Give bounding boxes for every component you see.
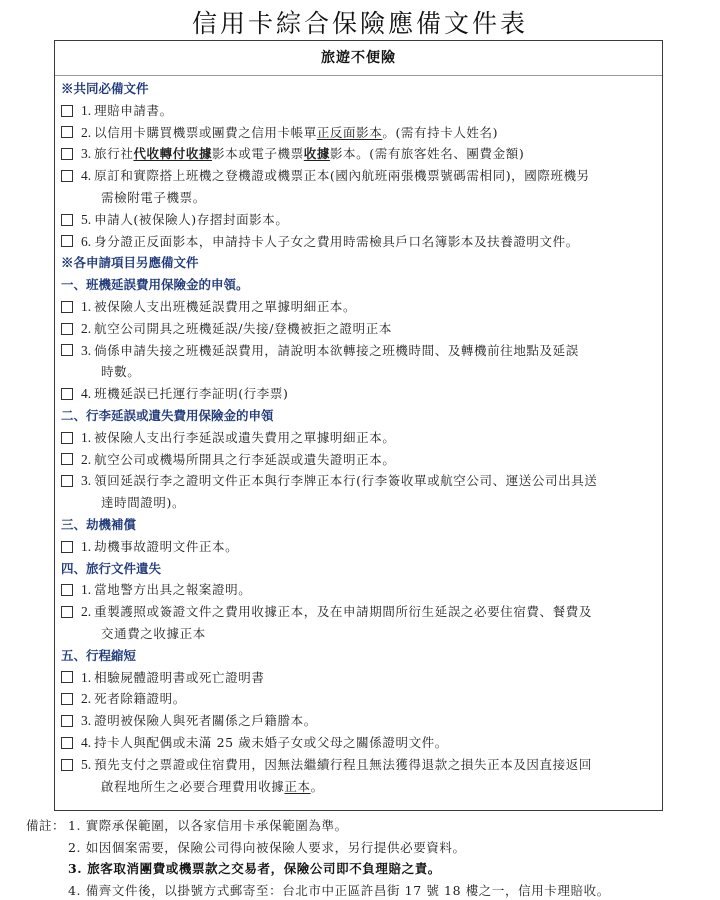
checklist-item: 3. 旅行社代收轉付收據影本或電子機票收據影本。(需有旅客姓名、團費金額) [61, 143, 662, 165]
item-number: 6. [81, 231, 91, 253]
item-text: 預先支付之票證或住宿費用，因無法繼續行程且無法獲得退款之損失正本及因直接返回 [94, 754, 592, 776]
item-number: 1. [81, 579, 91, 601]
checklist-item: 1. 當地警方出具之報案證明。 [61, 579, 662, 601]
note-text-emphasis: 3. 旅客取消團費或機票款之交易者，保險公司即不負理賠之責。 [68, 858, 441, 880]
item-number: 1. [81, 100, 91, 122]
item-continuation: 交通費之收據正本 [61, 623, 662, 645]
item-text: 航空公司或機場所開具之行李延誤或遺失證明正本。 [94, 449, 395, 471]
subsection-heading-flight-delay: 一、班機延誤費用保險金的申領。 [61, 274, 662, 296]
checklist-item: 1. 被保險人支出班機延誤費用之單據明細正本。 [61, 296, 662, 318]
checklist-item: 4. 班機延誤已托運行李証明(行李票) [61, 383, 662, 405]
checklist-item: 2. 死者除籍證明。 [61, 688, 662, 710]
checklist-item: 3. 證明被保險人與死者關係之戶籍謄本。 [61, 710, 662, 732]
item-number: 3. [81, 470, 91, 492]
section-heading-additional: ※各申請項目另應備文件 [61, 252, 662, 274]
item-text: 班機延誤已托運行李証明(行李票) [94, 383, 288, 405]
subsection-heading-travel-docs-lost: 四、旅行文件遺失 [61, 558, 662, 580]
item-text-part: 影本。(需有旅客姓名、團費金額) [330, 146, 524, 161]
checklist-item: 3. 倘係申請失接之班機延誤費用，請說明本欲轉接之班機時間、及轉機前往地點及延誤 [61, 340, 662, 362]
item-number: 1. [81, 296, 91, 318]
item-text: 航空公司開具之班機延誤/失接/登機被拒之證明正本 [94, 318, 392, 340]
item-text: 被保險人支出行李延誤或遺失費用之單據明細正本。 [94, 427, 395, 449]
note-text: 2. 如因個案需要，保險公司得向被保險人要求，另行提供必要資料。 [68, 837, 466, 859]
underlined-text: 正反面影本 [317, 125, 383, 140]
checklist-item: 3. 領回延誤行李之證明文件正本與行李牌正本行(行李簽收單或航空公司、運送公司出… [61, 470, 662, 492]
subsection-heading-baggage: 二、行李延誤或遺失費用保險金的申領 [61, 405, 662, 427]
item-number: 4. [81, 732, 91, 754]
item-text: 領回延誤行李之證明文件正本與行李牌正本行(行李簽收單或航空公司、運送公司出具送 [94, 470, 597, 492]
checkbox[interactable] [61, 453, 73, 465]
checklist-item: 2. 航空公司或機場所開具之行李延誤或遺失證明正本。 [61, 449, 662, 471]
checkbox[interactable] [61, 584, 73, 596]
item-text: 重製護照或簽證文件之費用收據正本，及在申請期間所衍生延誤之必要住宿費、餐費及 [94, 601, 592, 623]
checklist-item: 5. 申請人(被保險人)存摺封面影本。 [61, 209, 662, 231]
item-continuation: 啟程地所生之必要合理費用收據正本。 [61, 776, 662, 798]
item-text: 被保險人支出班機延誤費用之單據明細正本。 [94, 296, 356, 318]
underlined-text: 收據 [304, 146, 330, 161]
notes-label: 備註： [26, 815, 68, 837]
item-number: 2. [81, 688, 91, 710]
item-continuation: 達時間證明)。 [61, 492, 662, 514]
checkbox[interactable] [61, 235, 73, 247]
checklist-item: 2. 以信用卡購買機票或團費之信用卡帳單正反面影本。(需有持卡人姓名) [61, 122, 662, 144]
item-number: 2. [81, 601, 91, 623]
item-text: 申請人(被保險人)存摺封面影本。 [94, 209, 288, 231]
item-text: 劫機事故證明文件正本。 [94, 536, 238, 558]
item-continuation: 時數。 [61, 361, 662, 383]
notes-section: 備註： 1. 實際承保範圍，以各家信用卡承保範圍為準。 2. 如因個案需要，保險… [26, 815, 706, 900]
section-heading-common: ※共同必備文件 [61, 78, 662, 100]
checklist-item: 1. 相驗屍體證明書或死亡證明書 [61, 667, 662, 689]
item-number: 1. [81, 427, 91, 449]
subsection-heading-hijack: 三、劫機補償 [61, 514, 662, 536]
item-number: 2. [81, 318, 91, 340]
checklist-item: 5. 預先支付之票證或住宿費用，因無法繼續行程且無法獲得退款之損失正本及因直接返… [61, 754, 662, 776]
item-text: 原訂和實際搭上班機之登機證或機票正本(國內航班兩張機票號碼需相同)，國際班機另 [94, 165, 590, 187]
item-number: 3. [81, 710, 91, 732]
item-text: 身分證正反面影本，申請持卡人子女之費用時需檢具戶口名簿影本及扶養證明文件。 [94, 231, 579, 253]
item-text: 理賠申請書。 [94, 100, 173, 122]
checklist-body: ※共同必備文件 1. 理賠申請書。 2. 以信用卡購買機票或團費之信用卡帳單正反… [55, 76, 662, 797]
item-text-part: 啟程地所生之必要合理費用收據 [101, 779, 284, 794]
checklist-item: 4. 持卡人與配偶或未滿 25 歲未婚子女或父母之關係證明文件。 [61, 732, 662, 754]
checkbox[interactable] [61, 148, 73, 160]
checkbox[interactable] [61, 737, 73, 749]
checklist-item: 1. 被保險人支出行李延誤或遺失費用之單據明細正本。 [61, 427, 662, 449]
checkbox[interactable] [61, 475, 73, 487]
item-number: 3. [81, 340, 91, 362]
item-text: 倘係申請失接之班機延誤費用，請說明本欲轉接之班機時間、及轉機前往地點及延誤 [94, 340, 579, 362]
checkbox[interactable] [61, 344, 73, 356]
checkbox[interactable] [61, 432, 73, 444]
checklist-item: 4. 原訂和實際搭上班機之登機證或機票正本(國內航班兩張機票號碼需相同)，國際班… [61, 165, 662, 187]
item-number: 3. [81, 143, 91, 165]
item-text-part: 。(需有持卡人姓名) [382, 125, 498, 140]
checkbox[interactable] [61, 693, 73, 705]
item-text: 死者除籍證明。 [94, 688, 186, 710]
note-item: 2. 如因個案需要，保險公司得向被保險人要求，另行提供必要資料。 [26, 837, 706, 859]
notes-label-spacer [26, 837, 68, 859]
checkbox[interactable] [61, 105, 73, 117]
item-number: 2. [81, 449, 91, 471]
checkbox[interactable] [61, 323, 73, 335]
item-text-part: 影本或電子機票 [212, 146, 304, 161]
item-number: 2. [81, 122, 91, 144]
item-number: 4. [81, 383, 91, 405]
checkbox[interactable] [61, 388, 73, 400]
item-number: 1. [81, 536, 91, 558]
checklist-item: 1. 劫機事故證明文件正本。 [61, 536, 662, 558]
item-number: 1. [81, 667, 91, 689]
notes-label-spacer [26, 880, 68, 900]
item-text-part: 。 [311, 779, 324, 794]
checklist-item: 2. 航空公司開具之班機延誤/失接/登機被拒之證明正本 [61, 318, 662, 340]
note-text: 4. 備齊文件後，以掛號方式郵寄至：台北市中正區許昌街 17 號 18 樓之一，… [68, 880, 610, 900]
notes-label-spacer [26, 858, 68, 880]
subsection-heading-trip-curtailment: 五、行程縮短 [61, 645, 662, 667]
checkbox[interactable] [61, 759, 73, 771]
item-text: 證明被保險人與死者關係之戶籍謄本。 [94, 710, 317, 732]
note-item: 3. 旅客取消團費或機票款之交易者，保險公司即不負理賠之責。 [26, 858, 706, 880]
checkbox[interactable] [61, 301, 73, 313]
checkbox[interactable] [61, 715, 73, 727]
document-title: 信用卡綜合保險應備文件表 [0, 4, 720, 40]
checklist-item: 2. 重製護照或簽證文件之費用收據正本，及在申請期間所衍生延誤之必要住宿費、餐費… [61, 601, 662, 623]
checkbox[interactable] [61, 671, 73, 683]
checkbox[interactable] [61, 126, 73, 138]
item-text: 當地警方出具之報案證明。 [94, 579, 251, 601]
item-number: 5. [81, 209, 91, 231]
item-text-part: 旅行社 [94, 146, 133, 161]
underlined-text: 代收轉付收據 [133, 146, 212, 161]
item-text-part: 以信用卡購買機票或團費之信用卡帳單 [94, 125, 317, 140]
checkbox[interactable] [61, 170, 73, 182]
item-text: 相驗屍體證明書或死亡證明書 [94, 667, 264, 689]
note-item: 4. 備齊文件後，以掛號方式郵寄至：台北市中正區許昌街 17 號 18 樓之一，… [26, 880, 706, 900]
item-text: 持卡人與配偶或未滿 25 歲未婚子女或父母之關係證明文件。 [94, 732, 448, 754]
note-text: 1. 實際承保範圍，以各家信用卡承保範圍為準。 [68, 815, 348, 837]
checkbox[interactable] [61, 214, 73, 226]
checklist-form: 旅遊不便險 ※共同必備文件 1. 理賠申請書。 2. 以信用卡購買機票或團費之信… [54, 40, 663, 811]
item-text: 以信用卡購買機票或團費之信用卡帳單正反面影本。(需有持卡人姓名) [94, 122, 498, 144]
underlined-text: 正本 [284, 779, 310, 794]
note-item: 備註： 1. 實際承保範圍，以各家信用卡承保範圍為準。 [26, 815, 706, 837]
item-number: 5. [81, 754, 91, 776]
checkbox[interactable] [61, 606, 73, 618]
table-header: 旅遊不便險 [55, 41, 662, 76]
item-number: 4. [81, 165, 91, 187]
checkbox[interactable] [61, 541, 73, 553]
checklist-item: 1. 理賠申請書。 [61, 100, 662, 122]
checklist-item: 6. 身分證正反面影本，申請持卡人子女之費用時需檢具戶口名簿影本及扶養證明文件。 [61, 231, 662, 253]
item-continuation: 需檢附電子機票。 [61, 187, 662, 209]
item-text: 旅行社代收轉付收據影本或電子機票收據影本。(需有旅客姓名、團費金額) [94, 143, 524, 165]
